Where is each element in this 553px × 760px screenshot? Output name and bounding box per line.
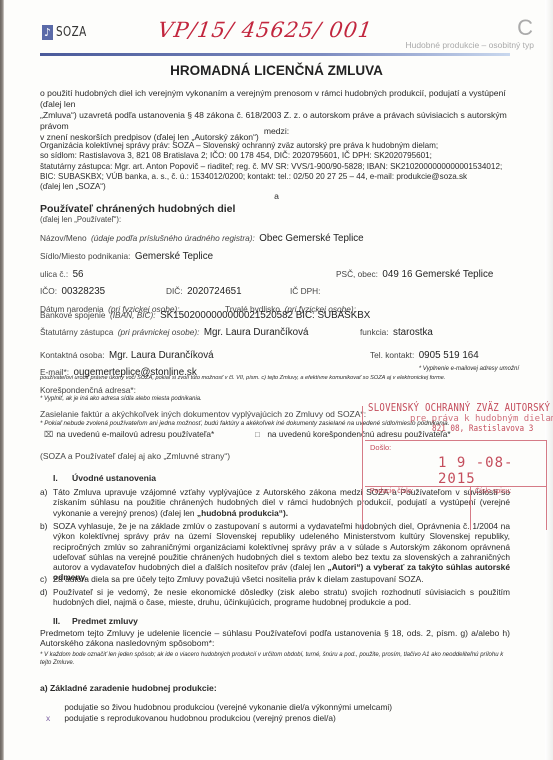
production-options: podujatie so živou hudobnou produkciou (… bbox=[46, 702, 392, 723]
stamp-border bbox=[362, 406, 363, 530]
user-name-row: Názov/Meno (údaje podľa príslušného úrad… bbox=[40, 228, 364, 246]
name-label: Názov/Meno bbox=[40, 233, 87, 243]
item-letter: a) bbox=[40, 487, 47, 497]
section-1-number: I. bbox=[53, 473, 58, 483]
stamp-filing-label: Podacie číslo: bbox=[370, 488, 414, 495]
soza-line: Organizácia kolektívnej správy práv: SOZ… bbox=[40, 141, 520, 151]
tel-value: 0905 519 164 bbox=[419, 350, 479, 361]
section-2-number: II. bbox=[53, 616, 60, 626]
ico-value: 00328235 bbox=[62, 286, 106, 297]
user-seat-row: Sídlo/Miesto podnikania: Gemerské Teplic… bbox=[40, 246, 213, 264]
contact-value: Mgr. Laura Durančíková bbox=[109, 350, 214, 361]
section-1-item-d: d) Používateľ si je vedomý, že nesie eko… bbox=[40, 587, 510, 608]
icdph-label: IČ DPH: bbox=[290, 286, 320, 296]
scan-edge-right bbox=[545, 0, 553, 760]
section-1-title: Úvodné ustanovenia bbox=[72, 473, 156, 483]
dic-label: DIČ: bbox=[166, 286, 183, 296]
stamp-received-label: Došlo: bbox=[370, 443, 391, 452]
user-street-row: ulica č.: 56 bbox=[40, 264, 84, 282]
corr-label: Korešpondenčná adresa*: bbox=[40, 385, 136, 395]
stamp-subtitle: pre práva k hudobným dielam bbox=[410, 414, 553, 424]
bank-label: Bankové spojenie bbox=[40, 310, 106, 320]
soza-logo: ♪ SOZA bbox=[42, 25, 94, 40]
stamp-organization: SLOVENSKÝ OCHRANNÝ ZVÄZ AUTORSKÝ bbox=[368, 402, 550, 414]
item-letter: d) bbox=[40, 587, 47, 597]
bank-hint: (IBAN, BIC): bbox=[110, 310, 156, 320]
section-2-note: * V každom bode označiť len jeden spôsob… bbox=[40, 651, 510, 668]
psc-label: PSČ, obec: bbox=[336, 269, 378, 279]
psc-value: 049 16 Gemerské Teplice bbox=[382, 269, 493, 280]
and-label: a bbox=[0, 191, 553, 202]
section-2-text: Predmetom tejto Zmluvy je udelenie licen… bbox=[40, 628, 510, 649]
option-mark-checked[interactable]: x bbox=[46, 713, 62, 724]
option-label: podujatie so živou hudobnou produkciou (… bbox=[64, 702, 392, 712]
user-alias: (ďalej len „Používateľ“): bbox=[40, 215, 121, 224]
stamp-address: 821 08, Rastislavova 3 bbox=[432, 424, 533, 434]
item-text: Používateľ si je vedomý, že nesie ekonom… bbox=[53, 587, 510, 607]
email-note-2: používateľovi urobiť právne úkony voči S… bbox=[40, 374, 445, 382]
item-text: Za autora diela sa pre účely tejto Zmluv… bbox=[53, 574, 424, 584]
music-note-icon: ♪ bbox=[42, 25, 53, 40]
dic-value: 2020724651 bbox=[187, 286, 242, 297]
street-label: ulica č.: bbox=[40, 269, 68, 279]
user-heading: Používateľ chránených hudobných diel bbox=[40, 203, 235, 215]
corr-note: * Vyplniť, ak je iná ako adresa sídla al… bbox=[40, 395, 202, 403]
section-1-item-c: c) Za autora diela sa pre účely tejto Zm… bbox=[40, 574, 510, 584]
user-ico-row: IČO: 00328235 bbox=[40, 281, 105, 299]
item-bold: „hudobná produkcia“). bbox=[197, 508, 288, 518]
production-option-reproduced[interactable]: x podujatie s reprodukovanou hudobnou pr… bbox=[46, 713, 392, 724]
user-statutory-row: Štatutárny zástupca (pri právnickej osob… bbox=[40, 322, 308, 340]
ico-label: IČO: bbox=[40, 286, 57, 296]
statutory-label: Štatutárny zástupca bbox=[40, 327, 113, 337]
stamp-border bbox=[470, 486, 471, 530]
between-label: medzi: bbox=[0, 126, 553, 137]
stamp-received-date: 1 9 -08- 2015 bbox=[438, 455, 550, 487]
form-type-letter: C bbox=[517, 15, 533, 41]
user-tel-row: Tel. kontakt: 0905 519 164 bbox=[370, 345, 479, 363]
statutory-value: Mgr. Laura Durančíková bbox=[204, 327, 309, 338]
scan-edge-left bbox=[0, 0, 4, 760]
section-2-title: Predmet zmluvy bbox=[72, 616, 138, 626]
email-note: * Vyplnenie e-mailovej adresy umožní bbox=[419, 365, 519, 373]
statutory-hint: (pri právnickej osobe): bbox=[118, 327, 200, 337]
street-value: 56 bbox=[73, 269, 84, 280]
function-label: funkcia: bbox=[360, 327, 389, 337]
user-function-row: funkcia: starostka bbox=[360, 322, 433, 340]
handwritten-reference: VP/15/ 45625/ 001 bbox=[156, 18, 374, 42]
soza-line: BIC: SUBASKBX; VÚB banka, a. s., č. ú.: … bbox=[40, 172, 520, 182]
contact-label: Kontaktná osoba: bbox=[40, 350, 105, 360]
header-divider bbox=[40, 53, 510, 56]
option-label: podujatie s reprodukovanou hudobnou prod… bbox=[64, 713, 335, 723]
received-stamp: SLOVENSKÝ OCHRANNÝ ZVÄZ AUTORSKÝ pre prá… bbox=[360, 398, 550, 528]
option-email-label: na uvedenú e-mailovú adresu používateľa* bbox=[56, 429, 214, 439]
invoice-option-email[interactable]: ⌧ na uvedenú e-mailovú adresu používateľ… bbox=[44, 429, 214, 439]
user-psc-row: PSČ, obec: 049 16 Gemerské Teplice bbox=[336, 264, 493, 282]
invoice-delivery-label: Zasielanie faktúr a akýchkoľvek iných do… bbox=[40, 409, 366, 419]
section-2-sub-a-title: a) Základné zaradenie hudobnej produkcie… bbox=[40, 683, 217, 693]
item-letter: c) bbox=[40, 574, 47, 584]
soza-party-block: Organizácia kolektívnej správy práv: SOZ… bbox=[40, 141, 520, 192]
form-type-label: Hudobné produkcie – osobitný typ bbox=[405, 40, 534, 50]
user-icdph-row: IČ DPH: bbox=[290, 281, 320, 299]
checkbox-unchecked-icon[interactable]: □ bbox=[255, 430, 265, 439]
bank-value: SK1502000000000021520582 BIC: SUBASKBX bbox=[160, 310, 370, 321]
name-value: Obec Gemerské Teplice bbox=[259, 233, 363, 244]
soza-line: so sídlom: Rastislavova 3, 821 08 Bratis… bbox=[40, 151, 520, 161]
function-value: starostka bbox=[393, 327, 433, 338]
tel-label: Tel. kontakt: bbox=[370, 350, 414, 360]
production-option-live[interactable]: podujatie so živou hudobnou produkciou (… bbox=[46, 702, 392, 713]
seat-value: Gemerské Teplice bbox=[135, 251, 213, 262]
document-title: HROMADNÁ LICENČNÁ ZMLUVA bbox=[0, 63, 553, 78]
seat-label: Sídlo/Miesto podnikania: bbox=[40, 251, 130, 261]
name-hint: (údaje podľa príslušného úradného regist… bbox=[91, 233, 255, 243]
soza-line: štatutárny zástupca: Mgr. art. Anton Pop… bbox=[40, 162, 520, 172]
checkbox-checked-icon[interactable]: ⌧ bbox=[44, 430, 54, 439]
parties-definition: (SOZA a Používateľ ďalej aj ako „Zmluvné… bbox=[40, 451, 230, 461]
intro-line: o použití hudobných diel ich verejným vy… bbox=[40, 88, 520, 110]
user-contact-row: Kontaktná osoba: Mgr. Laura Durančíková bbox=[40, 345, 214, 363]
user-dic-row: DIČ: 2020724651 bbox=[166, 281, 242, 299]
stamp-file-label: Číslo spisu: bbox=[475, 488, 511, 495]
user-bank-row: Bankové spojenie (IBAN, BIC): SK15020000… bbox=[40, 305, 370, 323]
item-letter: b) bbox=[40, 521, 47, 531]
logo-text: SOZA bbox=[56, 25, 87, 40]
